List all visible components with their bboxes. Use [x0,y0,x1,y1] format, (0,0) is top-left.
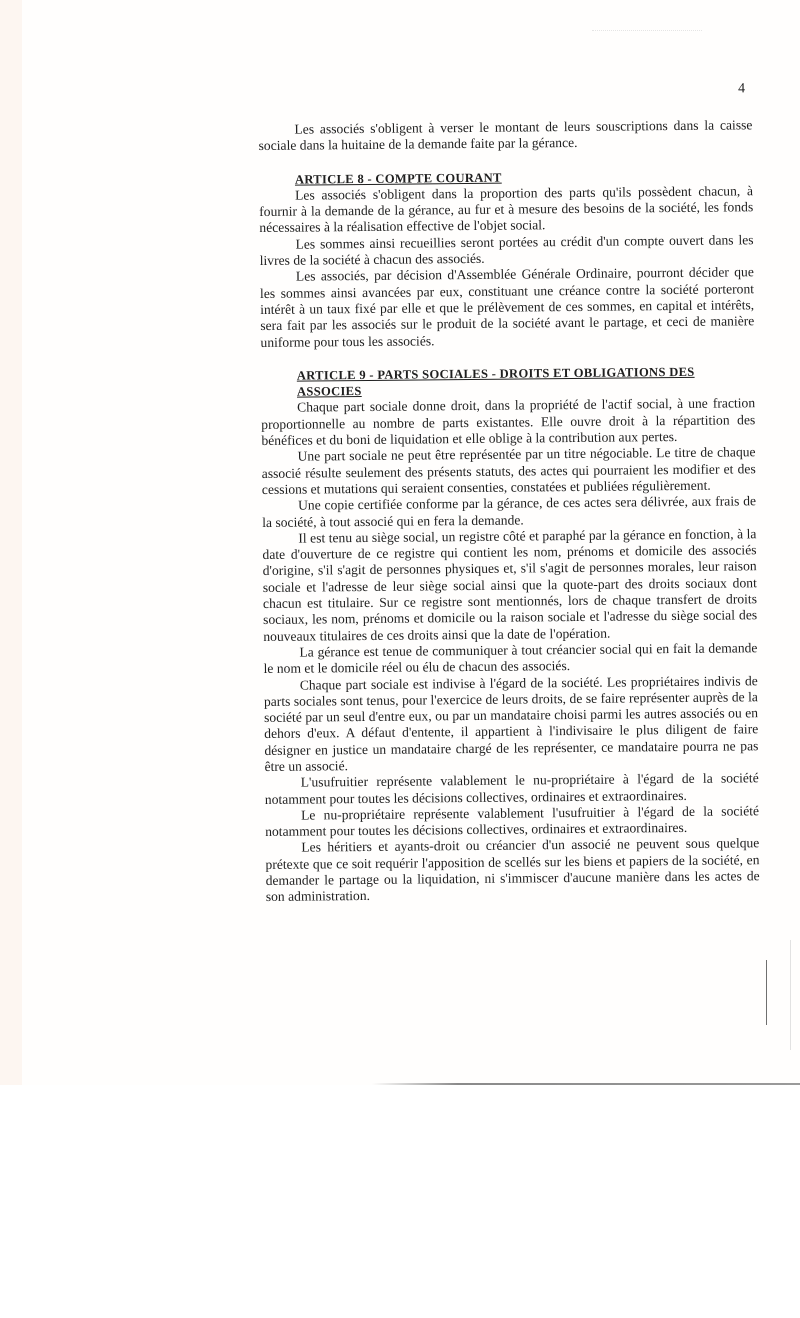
article-9-heading: ARTICLE 9 - PARTS SOCIALES - DROITS ET O… [261,363,755,400]
article-9-paragraph: Chaque part sociale donne droit, dans la… [261,396,755,450]
article-9-paragraph: Une part sociale ne peut être représenté… [262,445,756,499]
article-9: ARTICLE 9 - PARTS SOCIALES - DROITS ET O… [261,363,760,906]
article-8-paragraph: Les sommes ainsi recueillies seront port… [259,232,753,269]
document-content: Les associés s'obligent à verser le mont… [258,117,759,905]
article-9-paragraph: Une copie certifiée conforme par la géra… [262,493,756,530]
scan-bottom-edge-line [372,1083,800,1085]
article-9-paragraph: Il est tenu au siège social, un registre… [262,526,757,645]
article-8: ARTICLE 8 - COMPTE COURANT Les associés … [259,167,755,351]
scan-left-edge-strip [0,0,22,1085]
scan-artifact-dots [592,30,702,32]
article-8-paragraph: Les associés s'obligent dans la proporti… [259,183,753,237]
article-8-paragraph: Les associés, par décision d'Assemblée G… [260,265,755,351]
page-number: 4 [738,81,745,97]
intro-paragraph: Les associés s'obligent à verser le mont… [258,117,752,154]
scan-margin-line [766,960,767,1025]
article-9-paragraph: Les héritiers et ayants-droit ou créanci… [265,836,760,906]
article-9-paragraph: L'usufruitier représente valablement le … [265,771,759,808]
scan-margin-line-faint [790,940,791,1050]
article-9-paragraph: La gérance est tenue de communiquer à to… [263,640,757,677]
article-9-paragraph: Le nu-propriétaire représente valablemen… [265,803,759,840]
article-9-paragraph: Chaque part sociale est indivise à l'éga… [264,673,759,776]
